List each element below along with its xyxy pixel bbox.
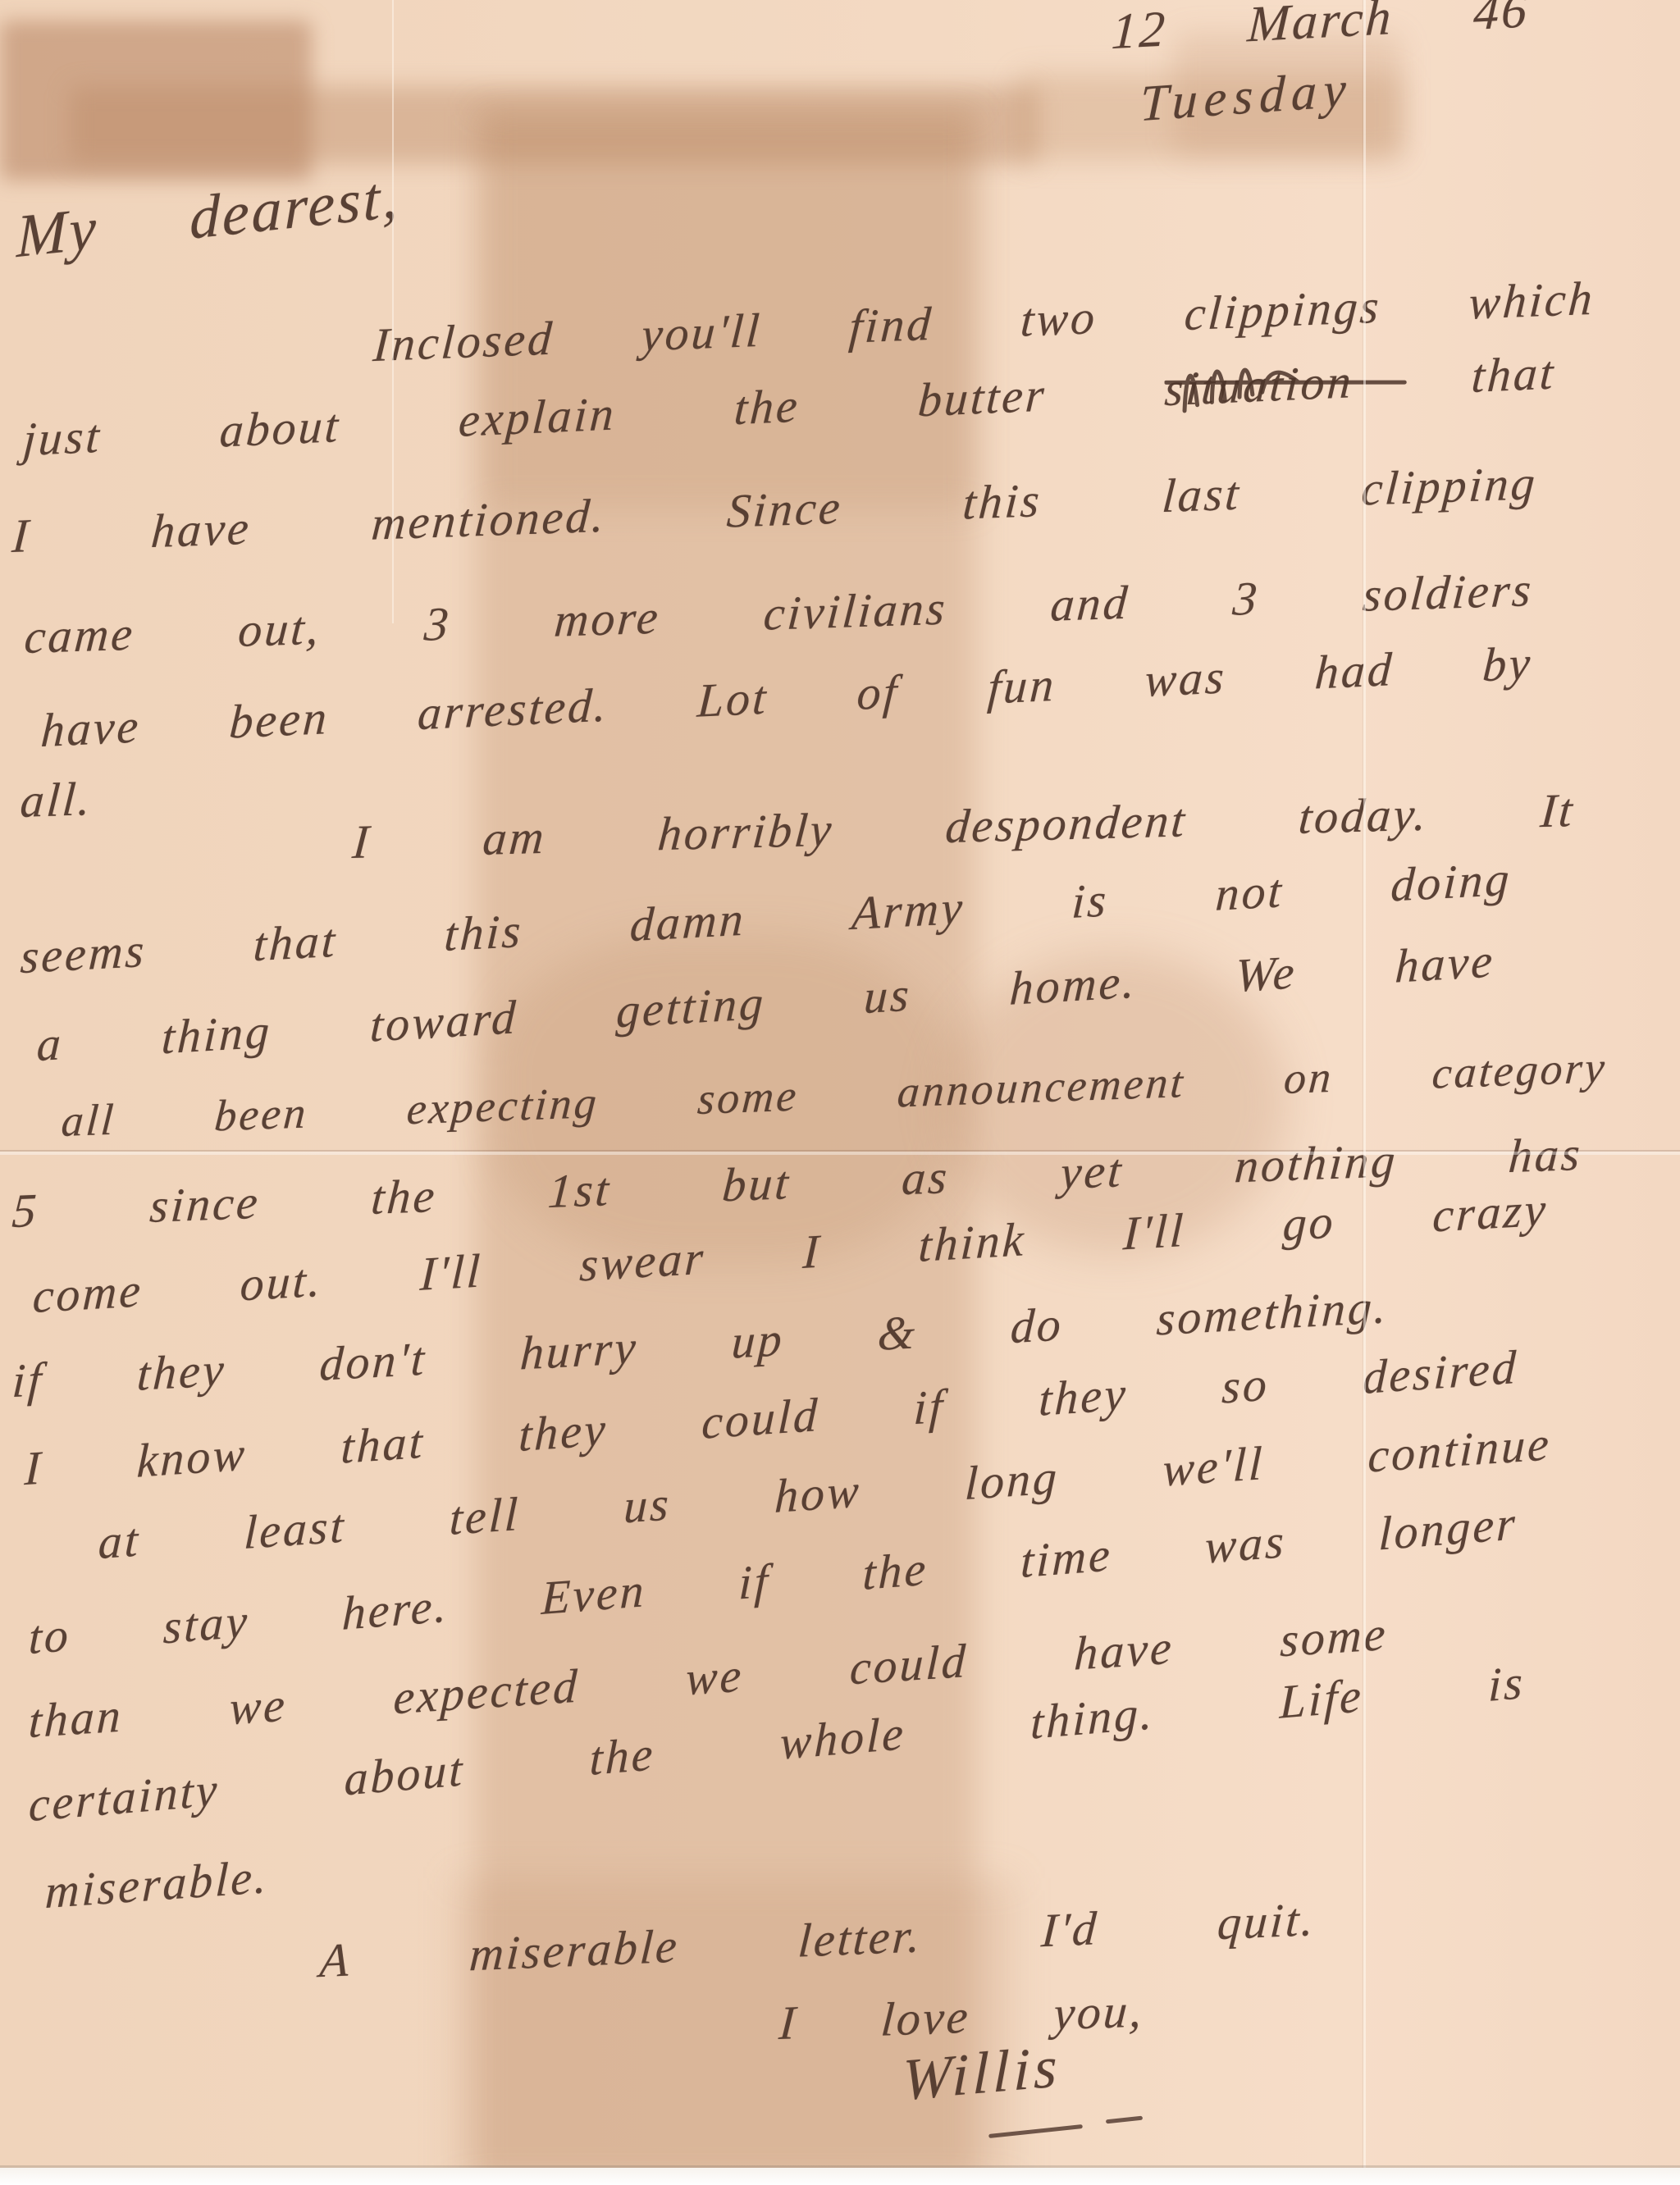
letter-line: all.	[19, 775, 94, 825]
scan-edge	[0, 2165, 1680, 2185]
salutation: My dearest,	[16, 166, 399, 268]
signature-underline	[1106, 2116, 1143, 2124]
letter-line: I have mentioned. Since this last clippi…	[11, 459, 1539, 560]
day-line: Tuesday	[1139, 64, 1354, 130]
tape-stain	[70, 86, 1038, 164]
letter-line: I am horribly despondent today. It	[351, 787, 1577, 866]
letter-line: all been expecting some announcement on …	[60, 1045, 1609, 1143]
closing-remark: A miserable letter. I'd quit.	[318, 1895, 1317, 1985]
signature-underline	[988, 2124, 1083, 2138]
letter-page: 12 March 46 Tuesday My dearest, Inclosed…	[0, 0, 1680, 2185]
valediction: I love you,	[778, 1987, 1146, 2047]
letter-line: miserable.	[44, 1853, 270, 1916]
signature: Willis	[902, 2037, 1061, 2110]
crossed-out-word	[1162, 336, 1413, 431]
tape-stain	[0, 21, 312, 180]
letter-line: have been arrested. Lot of fun was had b…	[39, 639, 1534, 755]
date-line: 12 March 46	[1110, 0, 1531, 57]
